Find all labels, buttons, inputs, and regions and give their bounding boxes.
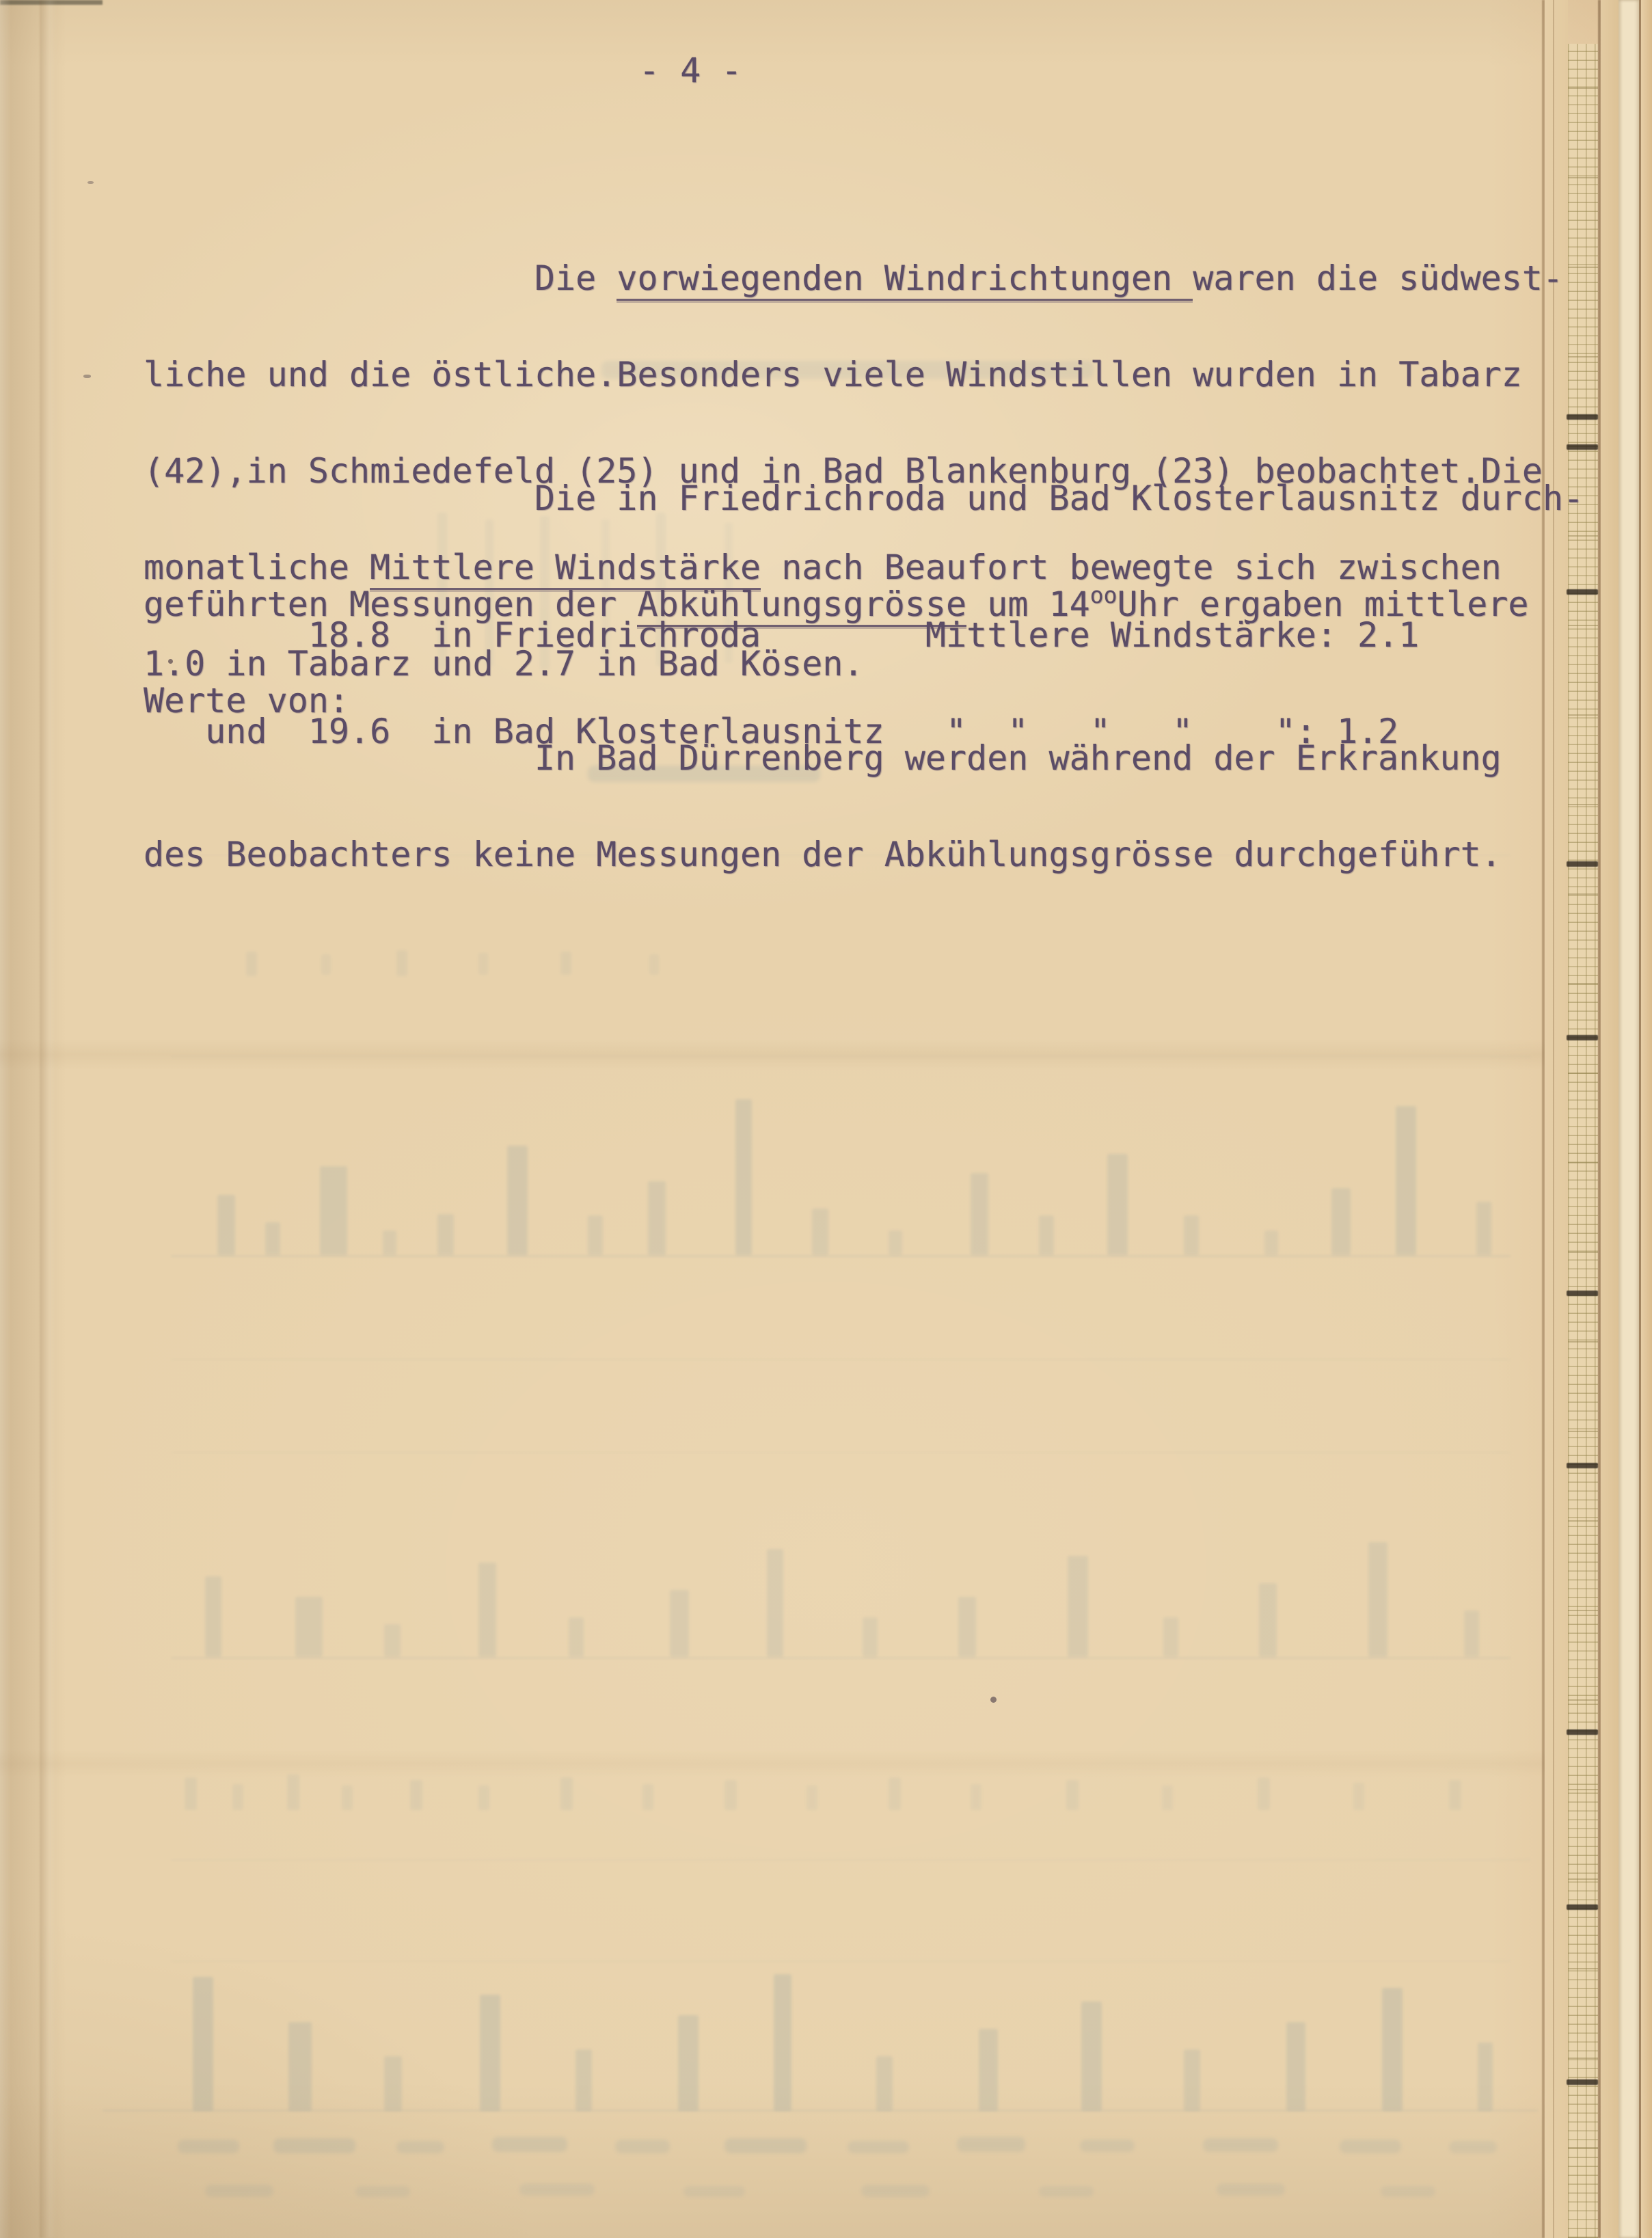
bleedthrough-mark [1080,2140,1135,2152]
bleedthrough-mark [287,1775,299,1810]
bleedthrough-mark [396,950,407,976]
bleedthrough-mark [396,2141,444,2153]
bleedthrough-mark [480,1995,500,2111]
bleedthrough-mark [205,1576,221,1657]
text-segment: waren die südwest- [1193,258,1563,298]
bleedthrough-mark [232,1784,243,1810]
bleedthrough-mark [774,1974,791,2111]
bleedthrough-mark [288,2022,312,2111]
bleedthrough-mark [876,2056,893,2111]
bleedthrough-mark [1066,1780,1079,1810]
bleedthrough-mark [1331,1188,1351,1255]
bleedthrough-mark [725,1780,737,1810]
bleedthrough-mark [642,1784,653,1810]
bleedthrough-mark [384,2056,402,2111]
bleedthrough-mark [217,1195,235,1255]
bleedthrough-mark [273,2138,355,2153]
left-edge-highlight [0,0,11,2238]
bleedthrough-mark [648,1181,666,1255]
bleedthrough-mark [979,2029,998,2111]
bleedthrough-mark [103,2109,1538,2112]
bleedthrough-mark [1381,2186,1435,2197]
bleedthrough-mark [205,2185,273,2197]
bleedthrough-mark [171,1859,1531,1861]
bleedthrough-mark [355,2186,410,2197]
page-number: - 4 - [639,55,742,87]
bleedthrough-mark [185,1777,197,1810]
bleedthrough-mark [1340,2140,1401,2153]
bleedthrough-mark [1184,2049,1200,2111]
bleedthrough-mark [1068,1556,1088,1657]
stitch-mark [1567,1035,1598,1040]
bleedthrough-mark [171,1452,1511,1453]
bleedthrough-mark [171,1056,1531,1057]
bleedthrough-mark [478,1785,489,1810]
ink-speck [87,181,94,184]
stitch-mark [1567,1463,1598,1468]
bleedthrough-mark [1081,2001,1102,2111]
text-line: des Beobachters keine Messungen der Abkü… [144,839,1502,871]
bleedthrough-mark [807,1785,817,1810]
bleedthrough-mark [1478,2042,1493,2111]
bleedthrough-mark [670,1590,689,1657]
bleedthrough-mark [1286,2022,1305,2111]
bleedthrough-mark [649,954,659,975]
bleedthrough-mark [342,1785,353,1810]
bleedthrough-mark [1203,2138,1278,2152]
bleedthrough-mark [1259,1583,1277,1657]
bleedthrough-mark [812,1209,828,1255]
bleedthrough-mark [171,1657,1511,1659]
bleedthrough-mark [519,2183,595,2196]
bleedthrough-mark [1464,1610,1479,1657]
paragraph-bad-duerrenberg: In Bad Dürrenberg werden während der Erk… [144,678,1502,935]
bleedthrough-mark [171,1359,1511,1360]
bleedthrough-mark [1353,1783,1364,1810]
stitch-mark [1567,861,1598,867]
bleedthrough-mark [384,1624,401,1657]
stitch-mark [1567,1904,1598,1910]
bleedthrough-mark [678,2015,699,2111]
bleedthrough-mark [735,1099,752,1255]
bleedthrough-mark [171,1960,1511,1962]
binding-edge-line [1598,0,1601,2238]
value-row: 18.8 in Friedrichroda Mittlere Windstärk… [144,619,1419,651]
bleedthrough-mark [1107,1154,1128,1255]
bleedthrough-mark [246,952,257,976]
bleedthrough-mark [863,1617,878,1657]
bleedthrough-mark [971,1173,988,1255]
bleedthrough-mark [478,1563,496,1657]
stitch-mark [1567,1729,1598,1735]
bleedthrough-mark [507,1146,528,1255]
bleedthrough-mark [1264,1230,1278,1255]
bleedthrough-mark [1258,1777,1270,1810]
text-line: In Bad Dürrenberg werden während der Erk… [144,742,1502,774]
binding-edge-line [1639,0,1641,2238]
bleedthrough-mark [178,2140,239,2153]
left-fold-crease [40,0,57,2238]
bleedthrough-mark [410,1780,422,1810]
bleedthrough-mark [560,952,571,975]
bleedthrough-mark [1039,2186,1094,2197]
bleedthrough-mark [321,954,331,975]
ink-speck [990,1697,997,1703]
text-line: liche und die östliche.Besonders viele W… [144,359,1563,391]
bleedthrough-mark [560,1777,573,1810]
page-top-edge-shadow [0,0,103,5]
bleedthrough-mark [958,1597,976,1657]
text-segment: Die [144,258,617,298]
bleedthrough-mark [957,2137,1025,2152]
bleedthrough-mark [1449,1780,1461,1810]
bleedthrough-mark [1163,1617,1178,1657]
bottom-left-shading [0,1914,547,2238]
bleedthrough-mark [588,1215,603,1255]
bleedthrough-mark [437,1214,454,1255]
bleedthrough-mark [889,1230,902,1255]
bleedthrough-mark [492,2137,567,2152]
bleedthrough-mark [478,953,488,975]
bleedthrough-mark [295,1597,323,1657]
adjacent-page-edge [1619,0,1639,2238]
bleedthrough-mark [1184,1215,1199,1255]
stitch-mark [1567,414,1598,420]
bleedthrough-mark [576,2049,592,2111]
bleedthrough-mark [1449,2141,1497,2153]
bleedthrough-mark [569,1617,584,1657]
bleedthrough-mark [615,2140,670,2153]
bleedthrough-mark [1396,1106,1416,1255]
stitch-mark [1567,444,1598,450]
bleedthrough-mark [683,2186,745,2197]
underlined-text: vorwiegenden Windrichtungen [617,258,1193,301]
bleedthrough-mark [265,1222,280,1255]
bleedthrough-mark [320,1166,347,1255]
horizontal-wrinkle [0,1750,1545,1777]
binding-band [1641,0,1652,2238]
bleedthrough-mark [848,2141,909,2153]
text-line: Die in Friedrichroda und Bad Klosterlaus… [144,483,1584,515]
bleedthrough-mark [1039,1215,1054,1255]
bleedthrough-mark [767,1549,783,1657]
bleedthrough-mark [1382,1988,1403,2111]
bleedthrough-mark [971,1784,981,1810]
bleedthrough-mark [171,1255,1511,1257]
bleedthrough-mark [193,1977,213,2111]
stitch-mark [1567,589,1598,595]
document-page: - 4 - Die vorwiegenden Windrichtungen wa… [0,0,1652,2238]
stitch-mark [1567,2079,1598,2085]
bleedthrough-mark [1368,1542,1387,1657]
binding-band [1601,0,1619,2238]
text-line: Die vorwiegenden Windrichtungen waren di… [144,262,1563,295]
bleedthrough-mark [861,2185,930,2197]
bleedthrough-mark [1476,1202,1491,1255]
ink-speck [83,375,91,378]
bleedthrough-mark [1217,2183,1285,2196]
stitch-mark [1567,1291,1598,1296]
bleedthrough-mark [889,1777,901,1810]
bleedthrough-mark [1162,1785,1173,1810]
bleedthrough-mark [725,2138,807,2153]
bleedthrough-mark [383,1230,396,1255]
horizontal-wrinkle [0,1039,1545,1070]
